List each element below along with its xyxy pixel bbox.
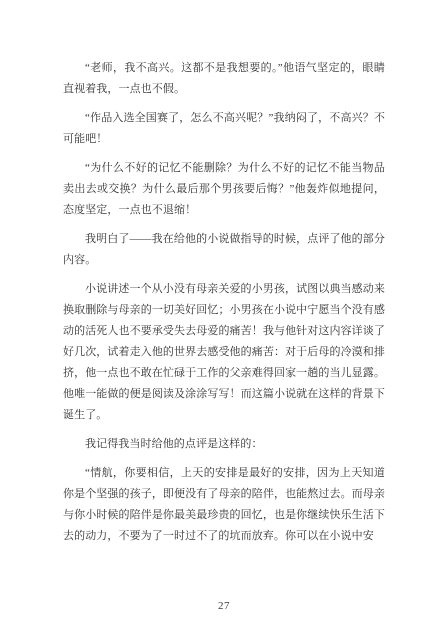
paragraph-4: 我明白了——我在给他的小说做指导的时候，点评了他的部分内容。	[63, 229, 385, 271]
page-body-text: “老师，我不高兴。这都不是我想要的。”他语气坚定的，眼睛直视着我，一点也不假。 …	[63, 58, 385, 555]
paragraph-3: “为什么不好的记忆不能删除？为什么不好的记忆不能当物品卖出去或交换？为什么最后那…	[63, 158, 385, 221]
paragraph-2: “作品入选全国赛了，怎么不高兴呢？”我纳闷了，不高兴？不可能吧！	[63, 108, 385, 150]
paragraph-6: 我记得我当时给他的点评是这样的：	[63, 434, 385, 455]
paragraph-7: “情航，你要相信，上天的安排是最好的安排，因为上天知道你是个坚强的孩子，即便没有…	[63, 463, 385, 547]
paragraph-5: 小说讲述一个从小没有母亲关爱的小男孩，试图以典当感动来换取删除与母亲的一切美好回…	[63, 279, 385, 426]
paragraph-1: “老师，我不高兴。这都不是我想要的。”他语气坚定的，眼睛直视着我，一点也不假。	[63, 58, 385, 100]
page-number: 27	[0, 600, 448, 612]
document-page: “老师，我不高兴。这都不是我想要的。”他语气坚定的，眼睛直视着我，一点也不假。 …	[0, 0, 448, 640]
